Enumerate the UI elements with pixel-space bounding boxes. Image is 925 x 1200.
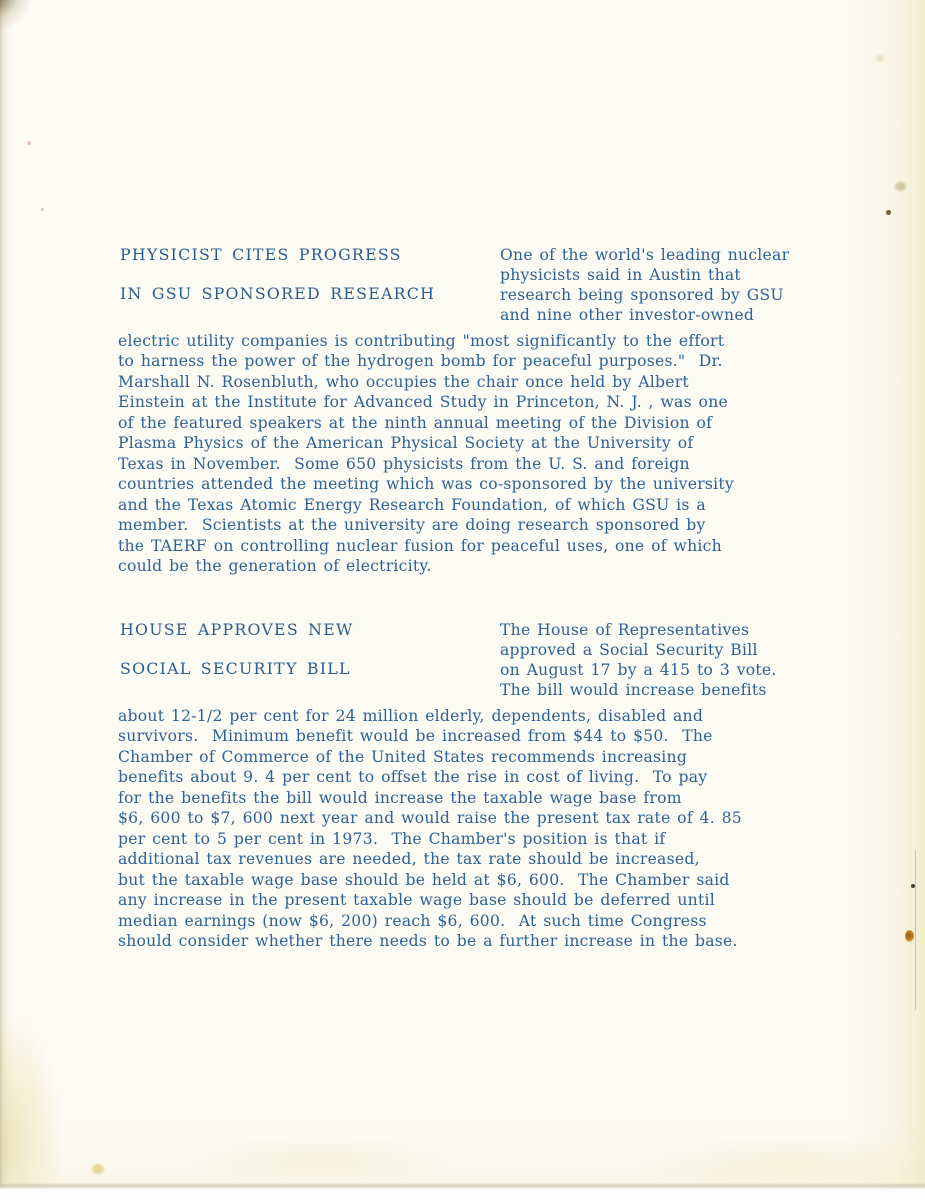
intro-line: One of the world's leading nuclear bbox=[500, 245, 789, 265]
paper-right-edge-line bbox=[915, 850, 916, 1010]
intro-line: and nine other investor-owned bbox=[500, 305, 789, 325]
body-line: electric utility companies is contributi… bbox=[118, 331, 734, 351]
body-line: Chamber of Commerce of the United States… bbox=[118, 747, 742, 767]
body-line: Plasma Physics of the American Physical … bbox=[118, 433, 734, 453]
body-line: could be the generation of electricity. bbox=[118, 556, 734, 576]
heading-line: SOCIAL SECURITY BILL bbox=[120, 659, 354, 679]
body-line: Marshall N. Rosenbluth, who occupies the… bbox=[118, 372, 734, 392]
body-line: benefits about 9. 4 per cent to offset t… bbox=[118, 767, 742, 787]
body-line: about 12-1/2 per cent for 24 million eld… bbox=[118, 706, 742, 726]
paper-speck bbox=[886, 210, 891, 215]
body-line: Einstein at the Institute for Advanced S… bbox=[118, 392, 734, 412]
article-intro-column: One of the world's leading nuclear physi… bbox=[500, 245, 789, 325]
article-body: about 12-1/2 per cent for 24 million eld… bbox=[118, 706, 742, 951]
paper-speck bbox=[41, 208, 44, 211]
body-line: for the benefits the bill would increase… bbox=[118, 788, 742, 808]
paper-stain bbox=[92, 1164, 104, 1174]
paper-smudge bbox=[876, 55, 884, 61]
heading-line: HOUSE APPROVES NEW bbox=[120, 620, 354, 640]
article-heading: PHYSICIST CITES PROGRESS IN GSU SPONSORE… bbox=[120, 245, 435, 305]
intro-line: on August 17 by a 415 to 3 vote. bbox=[500, 660, 777, 680]
body-line: and the Texas Atomic Energy Research Fou… bbox=[118, 495, 734, 515]
paper-speck bbox=[27, 141, 31, 145]
body-line: but the taxable wage base should be held… bbox=[118, 870, 742, 890]
body-line: per cent to 5 per cent in 1973. The Cham… bbox=[118, 829, 742, 849]
body-line: survivors. Minimum benefit would be incr… bbox=[118, 726, 742, 746]
article-heading: HOUSE APPROVES NEW SOCIAL SECURITY BILL bbox=[120, 620, 354, 680]
article-house-approves-new-bill: HOUSE APPROVES NEW SOCIAL SECURITY BILL … bbox=[118, 620, 822, 965]
heading-line: PHYSICIST CITES PROGRESS bbox=[120, 245, 435, 265]
article-body: electric utility companies is contributi… bbox=[118, 331, 734, 576]
body-line: to harness the power of the hydrogen bom… bbox=[118, 351, 734, 371]
article-intro-column: The House of Representatives approved a … bbox=[500, 620, 777, 700]
intro-line: The bill would increase benefits bbox=[500, 680, 777, 700]
scanned-page: PHYSICIST CITES PROGRESS IN GSU SPONSORE… bbox=[0, 0, 925, 1200]
intro-line: approved a Social Security Bill bbox=[500, 640, 777, 660]
body-line: the TAERF on controlling nuclear fusion … bbox=[118, 536, 734, 556]
scan-bottom-edge bbox=[0, 1183, 925, 1200]
body-line: Texas in November. Some 650 physicists f… bbox=[118, 454, 734, 474]
body-line: $6, 600 to $7, 600 next year and would r… bbox=[118, 808, 742, 828]
body-line: member. Scientists at the university are… bbox=[118, 515, 734, 535]
body-line: of the featured speakers at the ninth an… bbox=[118, 413, 734, 433]
intro-line: physicists said in Austin that bbox=[500, 265, 789, 285]
paper-speck bbox=[911, 884, 915, 888]
body-line: median earnings (now $6, 200) reach $6, … bbox=[118, 911, 742, 931]
article-physicist-cites-progress: PHYSICIST CITES PROGRESS IN GSU SPONSORE… bbox=[118, 245, 822, 590]
body-line: countries attended the meeting which was… bbox=[118, 474, 734, 494]
body-line: additional tax revenues are needed, the … bbox=[118, 849, 742, 869]
intro-line: The House of Representatives bbox=[500, 620, 777, 640]
body-line: should consider whether there needs to b… bbox=[118, 931, 742, 951]
body-line: any increase in the present taxable wage… bbox=[118, 890, 742, 910]
heading-line: IN GSU SPONSORED RESEARCH bbox=[120, 284, 435, 304]
paper-stain bbox=[905, 930, 914, 942]
paper-smudge bbox=[895, 182, 906, 191]
intro-line: research being sponsored by GSU bbox=[500, 285, 789, 305]
